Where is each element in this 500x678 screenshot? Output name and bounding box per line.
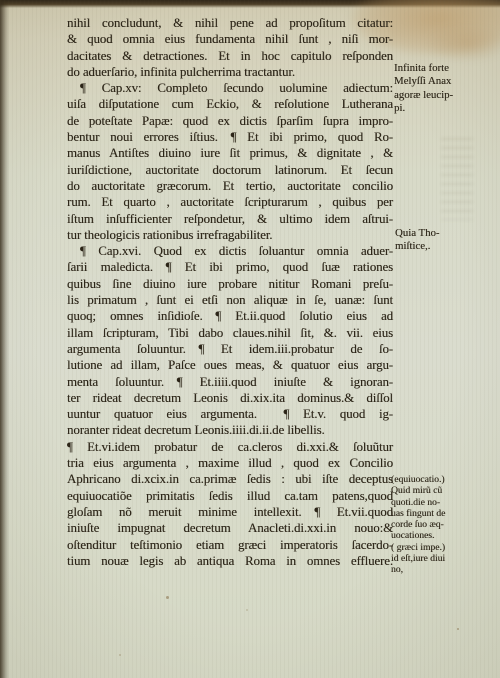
text-line: menta ſoluuntur. ¶ Et.iiii.quod iniuſte …	[67, 374, 393, 390]
ink-speck	[457, 628, 459, 630]
text-line: gloſam nõ meruit minime intellexit. ¶ Et…	[67, 504, 393, 520]
text-line: ¶ Cap.xv: Completo ſecundo uolumine adie…	[67, 80, 393, 96]
main-text-column: nihil concludunt, & nihil pene ad propoſ…	[67, 15, 393, 569]
text-line: Aphricano di.xcix.in ca.primæ ſedis : ub…	[67, 471, 393, 487]
text-line: ¶ Et.vi.idem probatur de ca.cleros di.xx…	[67, 439, 393, 455]
text-line: bentur noui errores iſtius. ¶ Et ibi pri…	[67, 129, 393, 145]
text-line: lutione ad illam, Paſce oues meas, & qua…	[67, 357, 393, 373]
ink-speck	[246, 609, 248, 611]
margin-note-line: pi.	[394, 102, 490, 115]
text-line: iniuſte impugnat decretum Anacleti.di.xx…	[67, 520, 393, 536]
text-line: uiſa diſputatione cum Eckio, & reſolutio…	[67, 96, 393, 112]
margin-note-3: (equiuocatio.) Quid mirũ cũ quoti.die no…	[391, 474, 493, 576]
margin-note-line: (equiuocatio.)	[391, 474, 493, 485]
text-line: quoq; omnes inſidioſe. ¶ Et.ii.quod ſolu…	[67, 308, 393, 324]
ink-speck	[119, 654, 121, 656]
margin-note-line: uas fingunt de	[391, 508, 493, 519]
text-line: iſtum inſufficienter reſpondetur, & ulti…	[67, 211, 393, 227]
text-line: quibus ſine diuino iure probare nititur …	[67, 276, 393, 292]
text-line: tur theologicis rationibus irrefragabili…	[67, 227, 393, 243]
margin-note-line: miſtice,.	[395, 240, 491, 253]
text-line: do auctoritate græcorum. Et tertio, auct…	[67, 178, 393, 194]
text-line: lis primatum , ſunt ei etſi non aliquæ i…	[67, 292, 393, 308]
margin-note-line: Quia Tho-	[395, 227, 491, 240]
margin-note-line: uocationes.	[391, 530, 493, 541]
scan-left-edge	[0, 0, 9, 678]
margin-note-line: quoti.die no-	[391, 497, 493, 508]
text-line: manus Antiſtes diuino iure ſit primus, &…	[67, 145, 393, 161]
margin-note-line: agoræ leucip-	[394, 89, 490, 102]
margin-note-line: no,	[391, 564, 493, 575]
text-line: uuntur quatuor eius argumenta. ¶ Et.v. q…	[67, 406, 393, 422]
text-line: ſarii maledicta. ¶ Et ibi primo, quod ſu…	[67, 259, 393, 275]
margin-note-line: corde ſuo æq-	[391, 519, 493, 530]
margin-note-2: Quia Tho- miſtice,.	[395, 227, 491, 254]
margin-note-line: Melyſſi Anax	[394, 75, 490, 88]
text-line: rum. Et quarto , auctoritate ſcripturaru…	[67, 194, 393, 210]
text-line: illam ſcripturam, Tibi dabo claues.nihil…	[67, 325, 393, 341]
book-page: nihil concludunt, & nihil pene ad propoſ…	[0, 0, 500, 678]
text-line: ¶ Cap.xvi. Quod ex dictis ſoluantur omni…	[67, 243, 393, 259]
margin-note-line: Infinita forte	[394, 62, 490, 75]
text-line: tium nouæ legis ab antiqua Roma in omnes…	[67, 553, 393, 569]
text-line: dacitates & detractiones. Et in hoc capi…	[67, 48, 393, 64]
margin-note-1: Infinita forte Melyſſi Anax agoræ leucip…	[394, 62, 490, 115]
text-line: ter rideat decretum Leonis di.xix.ita do…	[67, 390, 393, 406]
ink-showthrough	[441, 138, 473, 220]
text-line: do aduerſario, infinita pulcherrima trac…	[67, 64, 393, 80]
text-line: de poteſtate Papæ: quod ex dictis ſparſi…	[67, 113, 393, 129]
margin-note-line: ( græci impe.)	[391, 542, 493, 553]
text-line: equiuocatiõe primitatis ſedis illud ca.t…	[67, 488, 393, 504]
paper-stain	[428, 26, 500, 62]
text-line: oſtenditur teſtimonio etiam græci impera…	[67, 537, 393, 553]
text-line: iuriſdictione, auctoritate doctorum lati…	[67, 162, 393, 178]
text-line: noranter rideat decretum Leonis.iiii.di.…	[67, 422, 393, 438]
text-line: & quod omnia eius fundamenta nihil ſunt …	[67, 31, 393, 47]
margin-note-line: Quid mirũ cũ	[391, 485, 493, 496]
text-line: tria eius argumenta , maxime illud , quo…	[67, 455, 393, 471]
text-line: nihil concludunt, & nihil pene ad propoſ…	[67, 15, 393, 31]
ink-speck	[166, 596, 169, 599]
margin-note-line: id eſt,iure diui	[391, 553, 493, 564]
text-line: argumenta ſoluuntur. ¶ Et idem.iii.proba…	[67, 341, 393, 357]
